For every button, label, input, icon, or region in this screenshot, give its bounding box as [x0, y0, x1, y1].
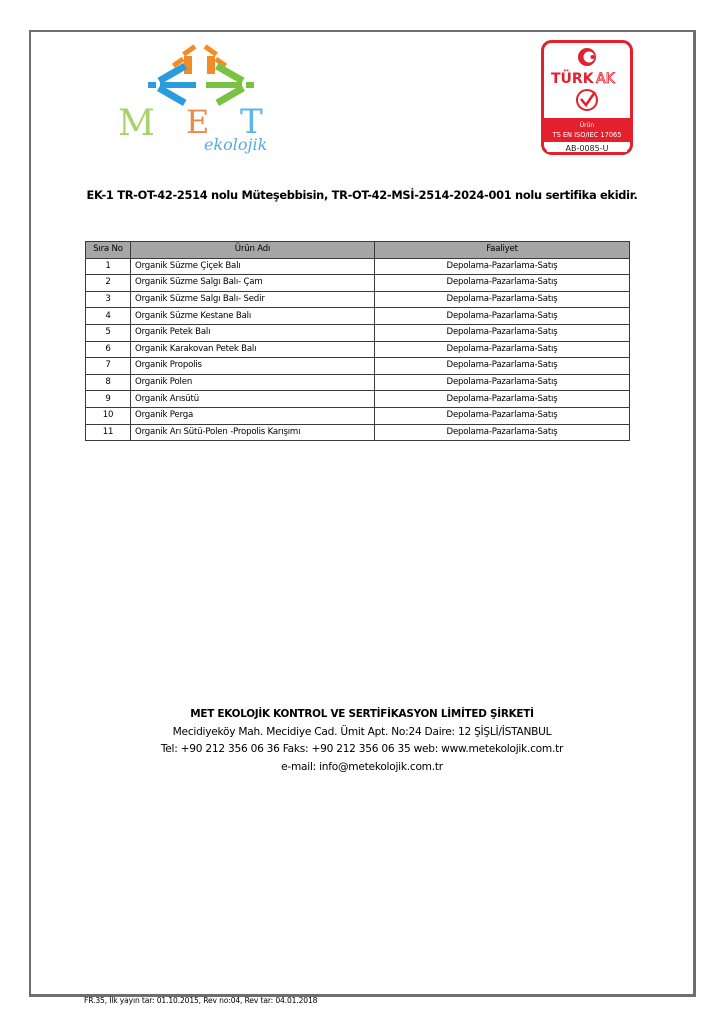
form-reference: FR.35, İlk yayın tar: 01.10.2015, Rev no…	[84, 996, 317, 1005]
table-row: 4Organik Süzme Kestane BalıDepolama-Paza…	[86, 308, 630, 325]
svg-text:ekolojik: ekolojik	[204, 135, 267, 154]
row-no: 1	[86, 258, 131, 275]
row-no: 11	[86, 424, 131, 441]
row-product-name: Organik Süzme Çiçek Balı	[131, 258, 375, 275]
row-product-name: Organik Süzme Salgı Balı- Çam	[131, 275, 375, 292]
row-activity: Depolama-Pazarlama-Satış	[375, 324, 630, 341]
header-faaliyet: Faaliyet	[375, 242, 630, 259]
header-urun-adi: Ürün Adı	[131, 242, 375, 259]
row-activity: Depolama-Pazarlama-Satış	[375, 258, 630, 275]
row-no: 3	[86, 291, 131, 308]
table-row: 6Organik Karakovan Petek BalıDepolama-Pa…	[86, 341, 630, 358]
company-email: e-mail: info@metekolojik.com.tr	[0, 759, 724, 777]
row-activity: Depolama-Pazarlama-Satış	[375, 275, 630, 292]
row-no: 5	[86, 324, 131, 341]
row-product-name: Organik Arısütü	[131, 391, 375, 408]
row-activity: Depolama-Pazarlama-Satış	[375, 374, 630, 391]
row-activity: Depolama-Pazarlama-Satış	[375, 407, 630, 424]
company-address: Mecidiyeköy Mah. Mecidiye Cad. Ümit Apt.…	[0, 724, 724, 742]
row-activity: Depolama-Pazarlama-Satış	[375, 358, 630, 375]
svg-text:TÜRK: TÜRK	[551, 69, 595, 87]
table-row: 8Organik PolenDepolama-Pazarlama-Satış	[86, 374, 630, 391]
row-activity: Depolama-Pazarlama-Satış	[375, 308, 630, 325]
row-no: 9	[86, 391, 131, 408]
row-product-name: Organik Arı Sütü-Polen -Propolis Karışım…	[131, 424, 375, 441]
row-no: 8	[86, 374, 131, 391]
table-row: 10Organik PergaDepolama-Pazarlama-Satış	[86, 407, 630, 424]
row-product-name: Organik Süzme Salgı Balı- Sedir	[131, 291, 375, 308]
turkak-label-product: Ürün	[580, 122, 595, 129]
row-no: 2	[86, 275, 131, 292]
table-row: 5Organik Petek BalıDepolama-Pazarlama-Sa…	[86, 324, 630, 341]
row-no: 7	[86, 358, 131, 375]
products-table: Sıra No Ürün Adı Faaliyet 1Organik Süzme…	[85, 241, 630, 441]
turkak-accreditation-logo: TÜRK AK Ürün TS EN ISO/IEC 17065 AB-0085…	[541, 40, 633, 155]
row-activity: Depolama-Pazarlama-Satış	[375, 424, 630, 441]
table-row: 9Organik ArısütüDepolama-Pazarlama-Satış	[86, 391, 630, 408]
company-name: MET EKOLOJİK KONTROL VE SERTİFİKASYON Lİ…	[0, 706, 724, 724]
page-border	[29, 30, 696, 997]
table-row: 1Organik Süzme Çiçek BalıDepolama-Pazarl…	[86, 258, 630, 275]
table-row: 7Organik PropolisDepolama-Pazarlama-Satı…	[86, 358, 630, 375]
company-footer: MET EKOLOJİK KONTROL VE SERTİFİKASYON Lİ…	[0, 706, 724, 776]
row-product-name: Organik Petek Balı	[131, 324, 375, 341]
row-product-name: Organik Polen	[131, 374, 375, 391]
table-row: 11Organik Arı Sütü-Polen -Propolis Karış…	[86, 424, 630, 441]
svg-text:AK: AK	[596, 71, 616, 87]
company-contact: Tel: +90 212 356 06 36 Faks: +90 212 356…	[0, 741, 724, 759]
row-no: 10	[86, 407, 131, 424]
row-no: 4	[86, 308, 131, 325]
certificate-title: EK-1 TR-OT-42-2514 nolu Müteşebbisin, TR…	[0, 188, 724, 202]
row-activity: Depolama-Pazarlama-Satış	[375, 341, 630, 358]
table-row: 2Organik Süzme Salgı Balı- ÇamDepolama-P…	[86, 275, 630, 292]
table-row: 3Organik Süzme Salgı Balı- SedirDepolama…	[86, 291, 630, 308]
row-activity: Depolama-Pazarlama-Satış	[375, 391, 630, 408]
row-product-name: Organik Süzme Kestane Balı	[131, 308, 375, 325]
met-ekolojik-logo: M E T ekolojik	[112, 40, 290, 155]
table-header-row: Sıra No Ürün Adı Faaliyet	[86, 242, 630, 259]
row-product-name: Organik Perga	[131, 407, 375, 424]
row-product-name: Organik Karakovan Petek Balı	[131, 341, 375, 358]
turkak-code: AB-0085-U	[566, 144, 609, 153]
header-sira-no: Sıra No	[86, 242, 131, 259]
row-no: 6	[86, 341, 131, 358]
svg-text:M: M	[118, 103, 155, 144]
row-product-name: Organik Propolis	[131, 358, 375, 375]
turkak-label-standard: TS EN ISO/IEC 17065	[552, 131, 622, 139]
row-activity: Depolama-Pazarlama-Satış	[375, 291, 630, 308]
